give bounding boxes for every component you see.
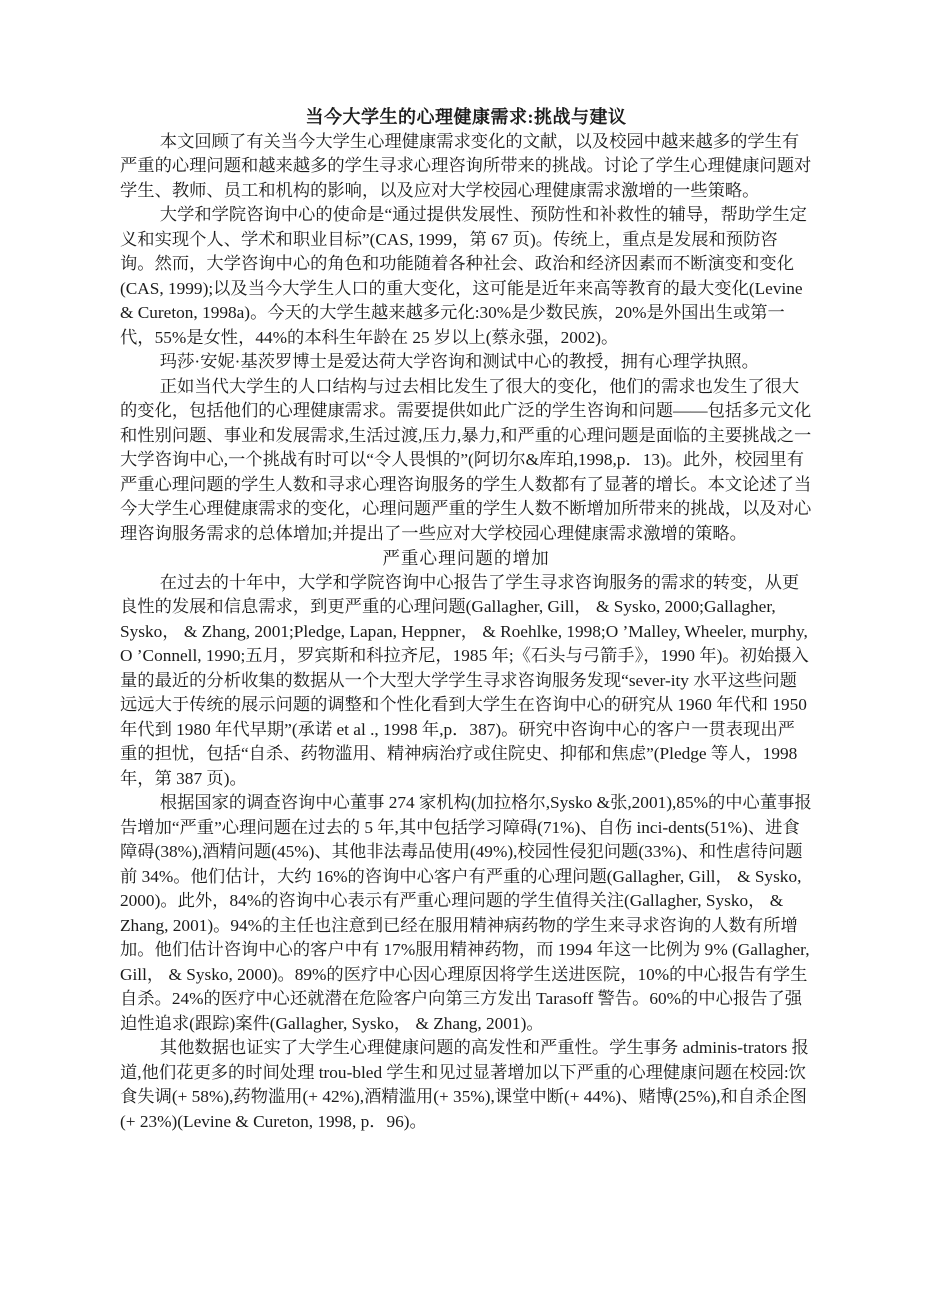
section-paragraph-shift-in-needs: 在过去的十年中，大学和学院咨询中心报告了学生寻求咨询服务的需求的转变，从更良性的… [120, 571, 812, 792]
document-title: 当今大学生的心理健康需求:挑战与建议 [120, 105, 812, 130]
intro-paragraph-counseling-mission: 大学和学院咨询中心的使命是“通过提供发展性、预防性和补救性的辅导，帮助学生定义和… [120, 203, 812, 350]
section-heading-severe-problems-increase: 严重心理问题的增加 [120, 546, 812, 571]
author-bio-paragraph: 玛莎·安妮·基茨罗博士是爱达荷大学咨询和测试中心的教授，拥有心理学执照。 [120, 350, 812, 375]
intro-paragraph-changing-needs: 正如当代大学生的人口结构与过去相比发生了很大的变化，他们的需求也发生了很大的变化… [120, 375, 812, 547]
abstract-paragraph: 本文回顾了有关当今大学生心理健康需求变化的文献，以及校园中越来越多的学生有严重的… [120, 130, 812, 204]
section-paragraph-national-survey: 根据国家的调查咨询中心董事 274 家机构(加拉格尔,Sysko &张,2001… [120, 791, 812, 1036]
section-paragraph-other-data: 其他数据也证实了大学生心理健康问题的高发性和严重性。学生事务 adminis-t… [120, 1036, 812, 1134]
document-page: 当今大学生的心理健康需求:挑战与建议 本文回顾了有关当今大学生心理健康需求变化的… [0, 0, 926, 1309]
